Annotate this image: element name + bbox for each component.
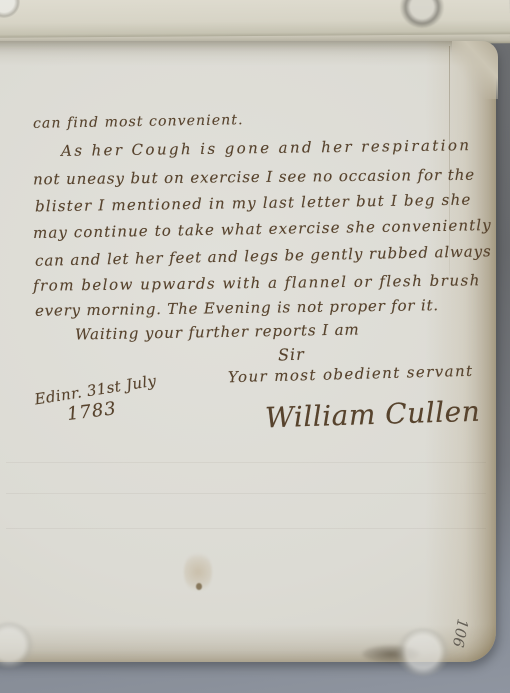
page-fold-crease (449, 46, 450, 276)
letter-photograph: can find most convenient. As her Cough i… (0, 0, 510, 693)
paper-crease (6, 528, 486, 529)
paper-crease (6, 493, 486, 494)
letter-page (0, 41, 496, 662)
paper-crease (6, 462, 486, 463)
closing-address: Sir (278, 345, 305, 365)
glass-weight (396, 628, 450, 676)
paper-stain-dot (196, 583, 202, 590)
signature: William Cullen (265, 395, 481, 435)
page-corner-curl (452, 41, 498, 99)
